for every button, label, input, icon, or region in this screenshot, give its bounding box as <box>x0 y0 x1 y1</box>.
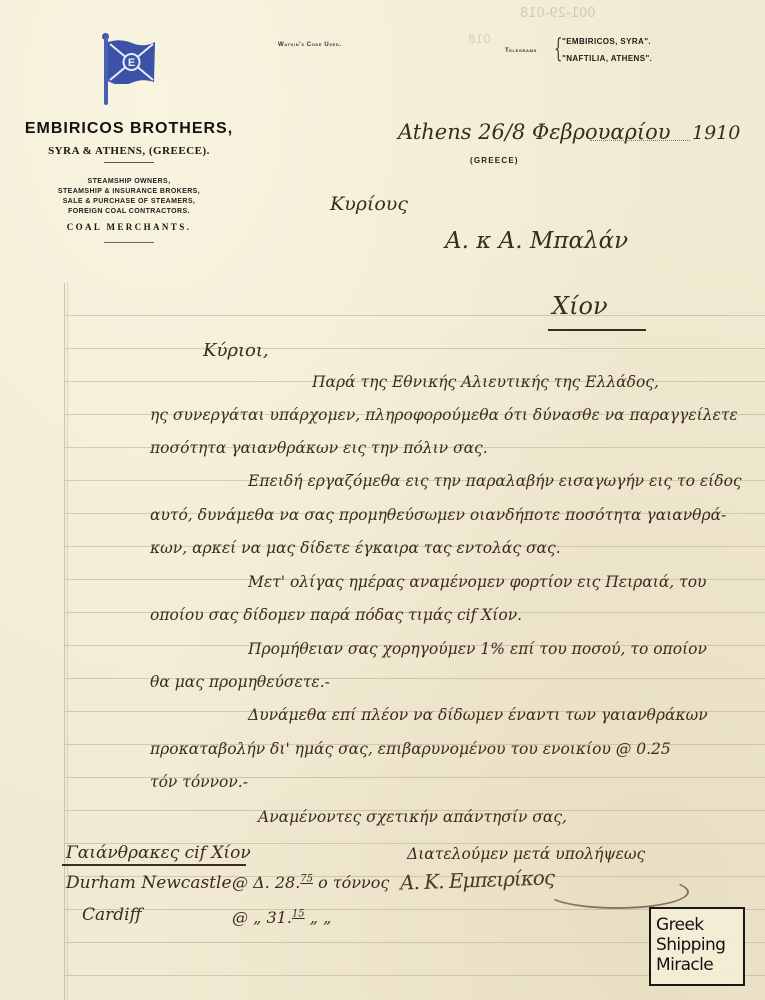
service-line: STEAMSHIP & INSURANCE BROKERS, <box>0 187 258 197</box>
body-line: Παρά της Εθνικής Αλιευτικής της Ελλάδος, <box>312 373 659 391</box>
addressee-place: Χίον <box>552 292 608 320</box>
price-table-heading: Γαιάνθρακες cif Χίον <box>66 843 251 863</box>
margin-line <box>64 283 65 1000</box>
closing-regards: Διατελούμεν μετά υπολήψεως <box>407 845 645 863</box>
price-main: 28. <box>275 873 300 892</box>
at-sign: @ <box>232 873 248 892</box>
price-main: 31. <box>266 908 291 927</box>
ornament-divider <box>104 162 154 163</box>
watermark-line: Greek <box>656 915 743 935</box>
letterhead-divider <box>104 242 154 243</box>
price-table-underline <box>62 864 246 866</box>
watermark-line: Miracle <box>656 955 743 975</box>
body-line: ης συνεργάται υπάρχομεν, πληροφορούμεθα … <box>150 406 738 424</box>
body-line: οποίου σας δίδομεν παρά πόδας τιμάς cif … <box>150 606 522 624</box>
price-row-value: @ Δ. 28.75 ο τόννος <box>232 873 389 892</box>
currency: „ <box>253 908 261 927</box>
telegrams-label: Telegrams <box>505 48 537 54</box>
company-name: EMBIRICOS BROTHERS, <box>0 120 258 138</box>
price-fraction: 75 <box>300 874 313 885</box>
company-locations: SYRA & ATHENS, (GREECE). <box>0 145 258 157</box>
body-line: θα μας προμηθεύσετε.- <box>150 673 330 691</box>
telegram-address-syra: "EMBIRICOS, SYRA". <box>562 37 651 46</box>
house-flag-icon: E <box>108 40 155 84</box>
place-underline <box>548 329 646 331</box>
price-unit: ο τόννος <box>318 873 389 892</box>
body-line: Επειδή εργαζόμεθα εις την παραλαβήν εισα… <box>248 472 742 490</box>
currency: Δ. <box>253 873 270 892</box>
body-line: τόν τόννον.- <box>150 773 248 791</box>
price-row-name: Cardiff <box>82 905 142 925</box>
closing-line: Αναμένοντες σχετικήν απάντησίν σας, <box>258 808 567 826</box>
archive-pencil-mark-2: 018 <box>468 32 491 46</box>
body-line: Δυνάμεθα επί πλέον να δίδωμεν έναντι των… <box>248 706 708 724</box>
watermark-line: Shipping <box>656 935 743 955</box>
telegram-address-athens: "NAFTILIA, ATHENS". <box>562 54 652 63</box>
company-services: STEAMSHIP OWNERS, STEAMSHIP & INSURANCE … <box>0 177 258 217</box>
price-row-value: @ „ 31.15 „ „ <box>232 908 331 927</box>
greek-shipping-miracle-watermark: Greek Shipping Miracle <box>649 907 745 986</box>
addressee-name: Α. κ Α. Μπαλάν <box>445 228 628 254</box>
archive-pencil-mark: 001-29-018 <box>520 6 596 21</box>
salutation: Κύριοι, <box>203 340 269 361</box>
body-line: αυτό, δυνάμεθα να σας προμηθεύσωμεν οιαν… <box>150 506 726 524</box>
body-line: Μετ' ολίγας ημέρας αναμένομεν φορτίον ει… <box>248 573 706 591</box>
body-line: Προμήθειαν σας χορηγούμεν 1% επί του ποσ… <box>248 640 707 658</box>
at-sign: @ <box>232 908 248 927</box>
flag-letter: E <box>128 57 135 69</box>
country-label: (GREECE) <box>470 156 519 165</box>
date-dotted-line <box>590 140 690 141</box>
price-row-name: Durham Newcastle <box>66 873 232 893</box>
letter-year: 1910 <box>692 122 740 144</box>
body-line: ποσότητα γαιανθράκων εις την πόλιν σας. <box>150 439 488 457</box>
company-tagline: COAL MERCHANTS. <box>0 222 258 232</box>
price-fraction: 15 <box>292 909 305 920</box>
body-line: κων, αρκεί να μας δίδετε έγκαιρα τας εντ… <box>150 539 561 557</box>
signature-flourish <box>545 875 689 909</box>
service-line: STEAMSHIP OWNERS, <box>0 177 258 187</box>
addressee-title: Κυρίους <box>330 193 408 215</box>
service-line: SALE & PURCHASE OF STEAMERS, <box>0 197 258 207</box>
body-line: προκαταβολήν δι' ημάς σας, επιβαρυνομένο… <box>150 740 671 758</box>
service-line: FOREIGN COAL CONTRACTORS. <box>0 207 258 217</box>
price-unit: „ „ <box>310 908 332 927</box>
code-note: Watkin's Code Used. <box>278 42 342 48</box>
